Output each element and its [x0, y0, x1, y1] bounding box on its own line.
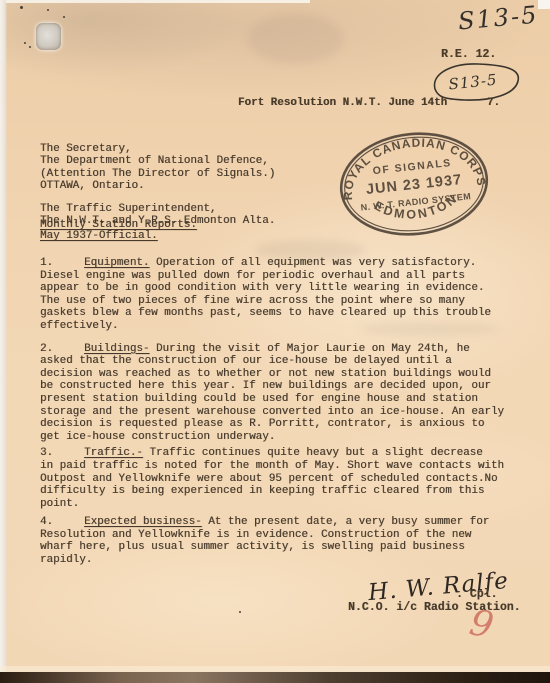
paragraph-line: gaskets blew a few months past, seems to…: [40, 307, 526, 320]
paragraph-line: present station building could be used f…: [40, 393, 526, 406]
scan-edge-left: [0, 0, 7, 672]
paragraph-number: 1.: [40, 257, 53, 270]
subject-line-2: May 1937-Official.: [40, 230, 216, 242]
paragraph-line: Diesel engine was pulled down for period…: [40, 270, 526, 283]
recipient-block: The Traffic Superintendent, The N.W.T. a…: [40, 203, 216, 243]
signature-rank: . Cpl.: [456, 588, 497, 601]
paragraph-line: Resolution and Yellowknife is in evidenc…: [40, 529, 526, 542]
scan-edge-top: [0, 0, 310, 3]
paragraph-line: 3.Traffic.- Traffic continues quite heav…: [40, 447, 526, 460]
paragraph-number: 4.: [40, 516, 53, 529]
paragraph-line: appear to be in good condition with very…: [40, 282, 526, 295]
scan-corner-top-right: [538, 0, 550, 9]
paragraph-line: wharf here, plus usual summer activity, …: [40, 541, 526, 554]
scan-edge-bottom: [0, 672, 550, 683]
paragraph-line: decision is requested please as R. Porri…: [40, 418, 526, 431]
punch-hole: [36, 23, 61, 50]
paragraph-number: 3.: [40, 447, 53, 460]
ink-speck: [24, 42, 26, 44]
scanned-letter-page: S13-5 R.E. 12. S13-5 Fort Resolution N.W…: [0, 0, 550, 683]
address-line: (Attention The Director of Signals.): [40, 168, 275, 180]
paragraph-line: The use of two pieces of fine wire acros…: [40, 295, 526, 308]
paragraph-line: 1.Equipment. Operation of all equipment …: [40, 257, 526, 270]
ink-speck: [20, 6, 23, 9]
letter-body: 1.Equipment. Operation of all equipment …: [40, 257, 526, 567]
letter-paragraph: 3.Traffic.- Traffic continues quite heav…: [40, 447, 526, 510]
paragraph-line: point.: [40, 498, 526, 511]
paragraph-line: effectively.: [40, 320, 526, 333]
paragraph-heading: Equipment.: [84, 257, 149, 269]
paragraph-line: difficulty is being experienced in keepi…: [40, 485, 526, 498]
recipient-line: The Traffic Superintendent,: [40, 203, 216, 215]
rubber-stamp-royal-canadian-corps-of-signals: ROYAL CANADIAN CORPS OF SIGNALS JUN 23 1…: [332, 123, 496, 245]
ink-speck: [63, 16, 65, 18]
address-line: The Secretary,: [40, 143, 275, 155]
paragraph-line: storage and the present warehouse conver…: [40, 406, 526, 419]
paragraph-line: get ice-house construction underway.: [40, 431, 526, 444]
subject-line-1: Monthly Station Reports.: [40, 219, 197, 231]
paragraph-number: 2.: [40, 343, 53, 356]
address-block: The Secretary,The Department of National…: [40, 143, 275, 192]
paragraph-line: in paid traffic is noted for the month o…: [40, 460, 526, 473]
dateline: Fort Resolution N.W.T. June 14th: [238, 97, 447, 109]
handwritten-file-code: S13-5: [457, 1, 539, 36]
ink-speck: [47, 9, 49, 11]
paragraph-line: asked that the construction of our ice-h…: [40, 355, 526, 368]
letter-paragraph: 2.Buildings- During the visit of Major L…: [40, 343, 526, 444]
paragraph-heading: Traffic.-: [84, 447, 143, 459]
page-number: 7.: [487, 97, 500, 109]
ink-speck: [29, 46, 31, 48]
paragraph-line: 2.Buildings- During the visit of Major L…: [40, 343, 526, 356]
paragraph-line: rapidly.: [40, 554, 526, 567]
address-line: The Department of National Defence,: [40, 155, 275, 167]
paragraph-heading: Expected business-: [84, 516, 202, 528]
bleedthrough-smudge: [248, 14, 343, 64]
ink-speck: [239, 611, 241, 613]
paragraph-line: be constructed here this year. If new bu…: [40, 380, 526, 393]
paragraph-line: Outpost and Yellowknife were about 95 pe…: [40, 473, 526, 486]
overstruck-lines: The N.W.T. and Y.R.S. Edmonton Alta. Mon…: [40, 215, 216, 230]
paragraph-line: 4.Expected business- At the present date…: [40, 516, 526, 529]
paragraph-line: decision was reached as to whether or no…: [40, 368, 526, 381]
letter-paragraph: 1.Equipment. Operation of all equipment …: [40, 257, 526, 333]
circled-code-text: S13-5: [448, 70, 499, 93]
address-line: OTTAWA, Ontario.: [40, 180, 275, 192]
letter-paragraph: 4.Expected business- At the present date…: [40, 516, 526, 566]
paragraph-heading: Buildings-: [84, 343, 149, 355]
